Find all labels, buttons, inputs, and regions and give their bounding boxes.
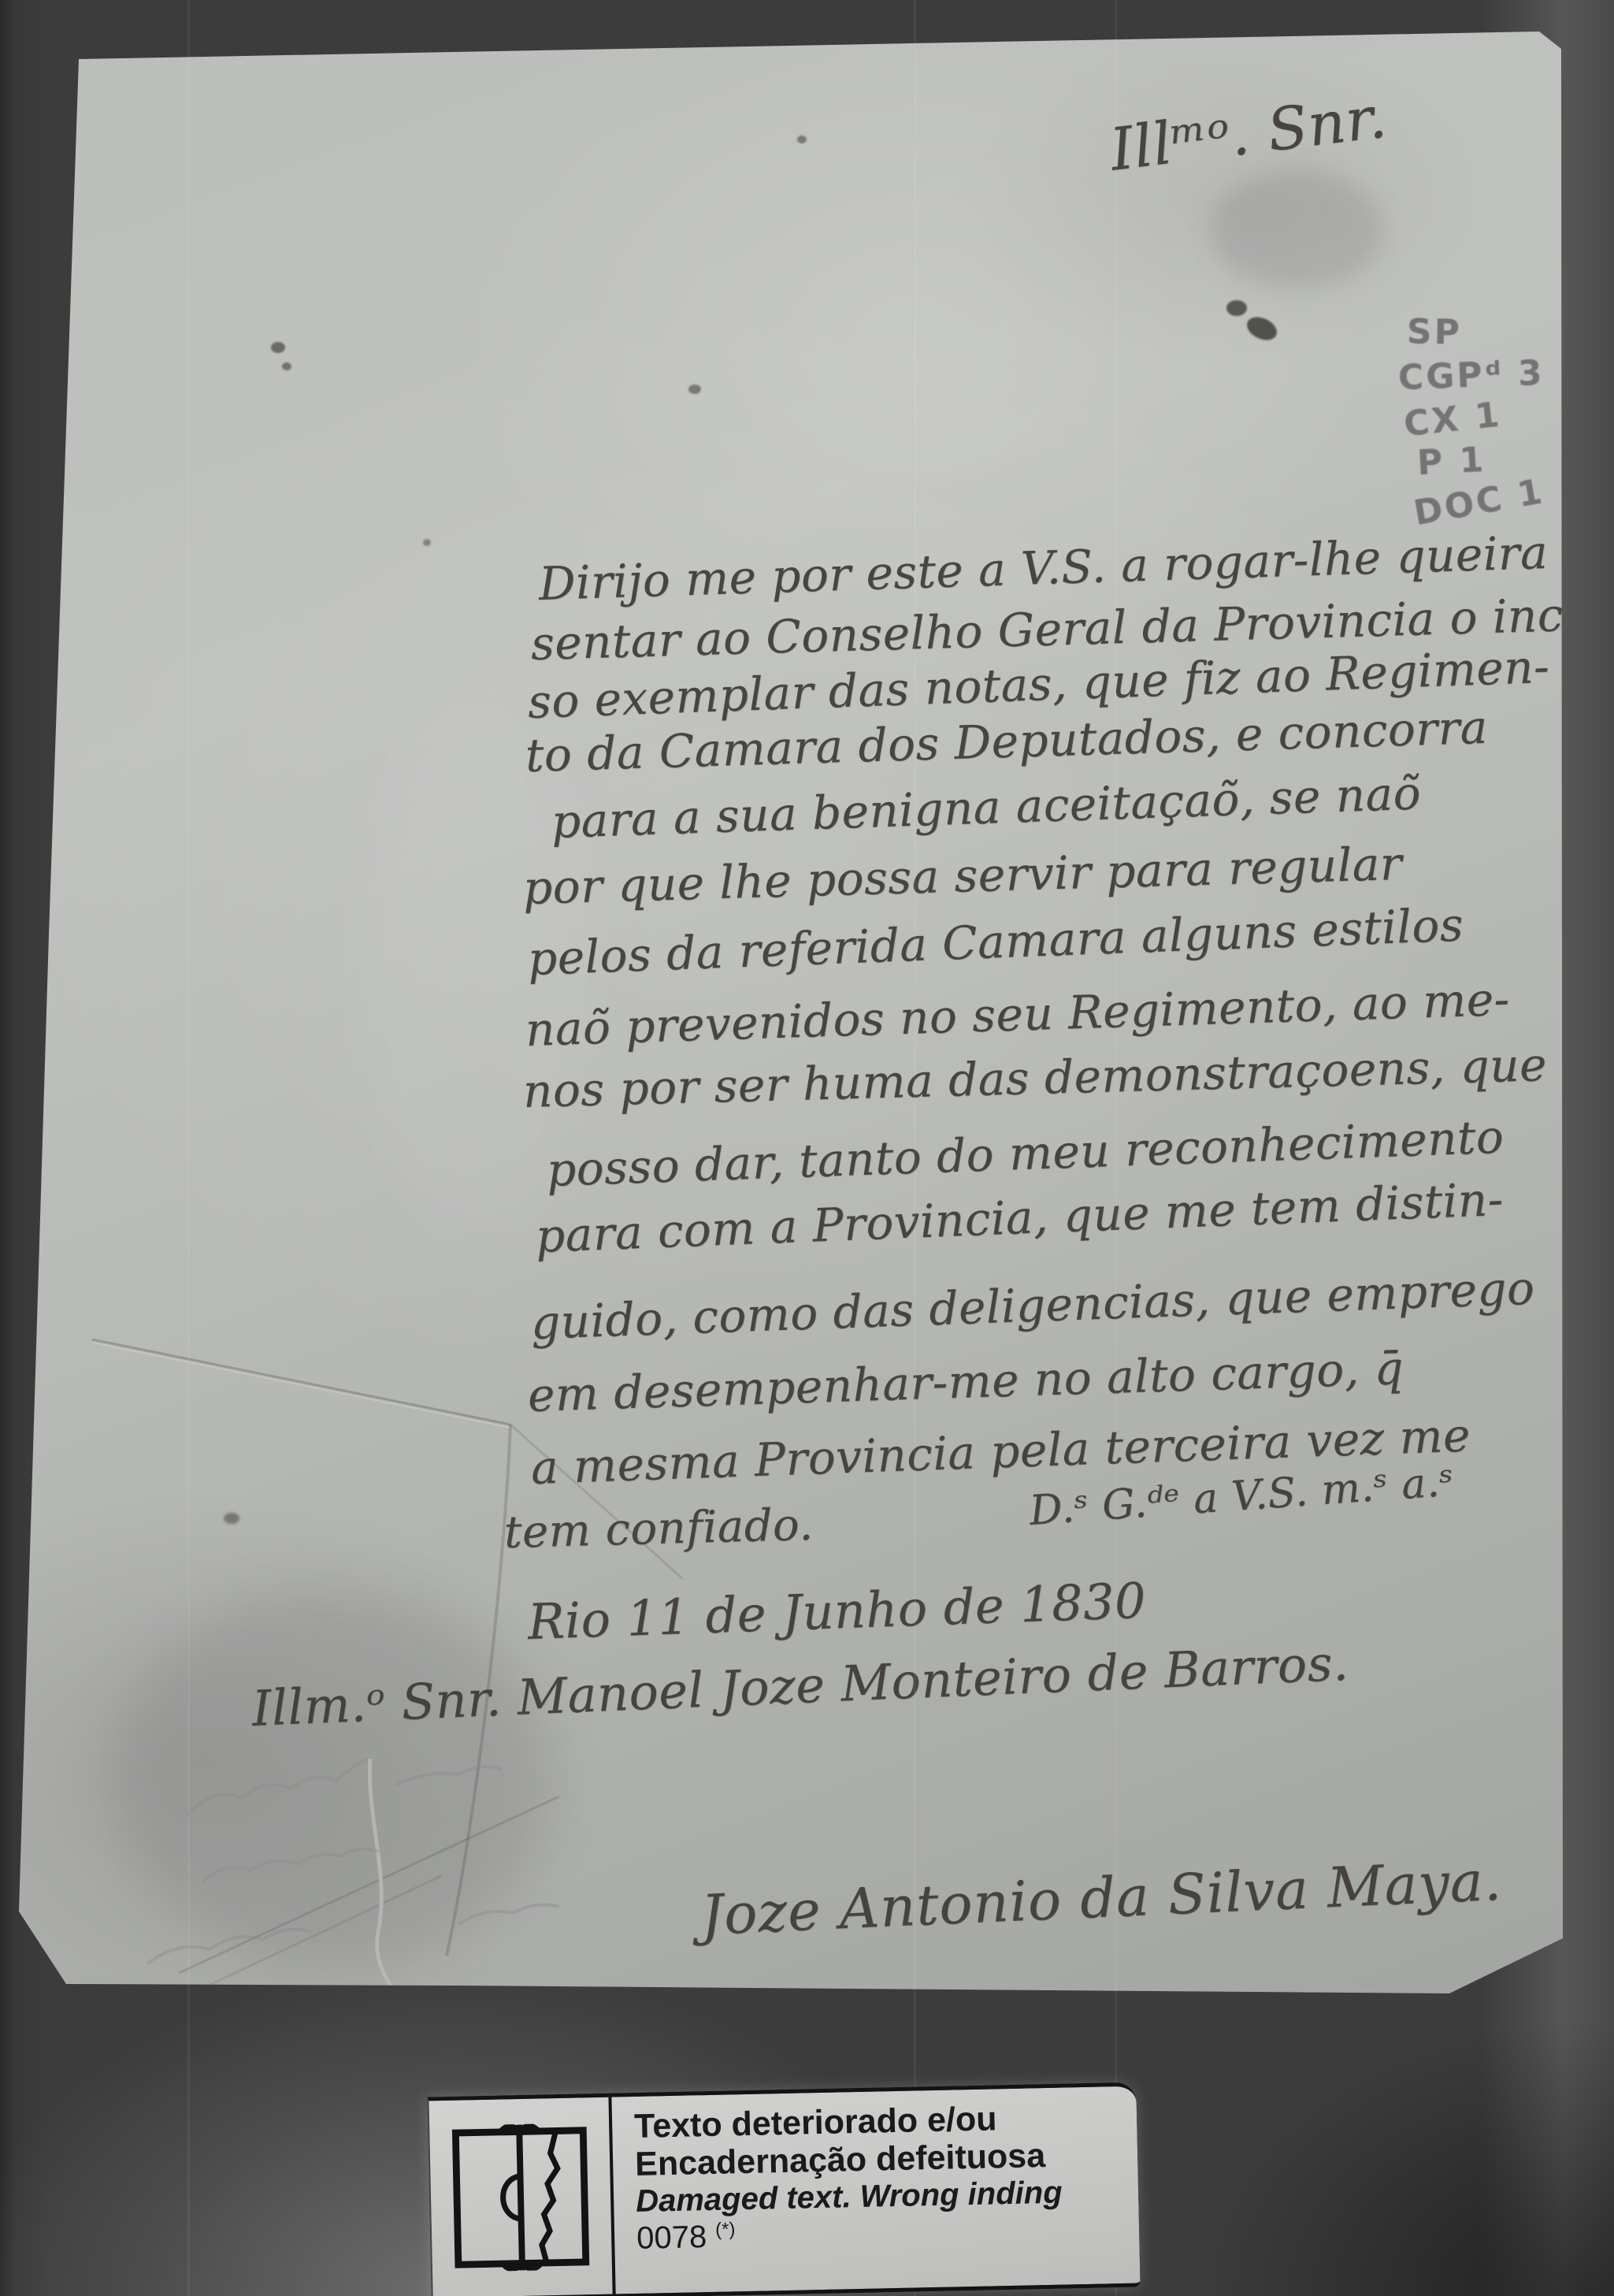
addressee-line: Illm.ᵒ Snr. Manoel Joze Monteiro de Barr… [251, 1639, 1350, 1733]
label-number-suffix: (*) [715, 2219, 736, 2241]
archive-damage-label: Texto deteriorado e/ou Encadernação defe… [427, 2082, 1140, 2296]
ink-blot [1243, 313, 1280, 344]
paper-speck [282, 362, 291, 370]
paper-speck [423, 539, 431, 546]
scan-scratch-line [1115, 0, 1117, 2296]
pencil-note-strokes [147, 1759, 559, 1963]
manuscript-line: nos por ser huma das demonstraçoens, que [522, 1042, 1547, 1114]
ink-blot [1226, 300, 1247, 316]
manuscript-line: pelos da referida Camara alguns estilos [527, 901, 1464, 982]
archival-reference-code: SP CGPᵈ 3 CX 1 P 1 DOC 1 [1396, 310, 1549, 525]
manuscript-line: guido, como das deligencias, que emprego [530, 1265, 1535, 1346]
manuscript-sheet: Illᵐᵒ. Snr. SP CGPᵈ 3 CX 1 P 1 DOC 1 Dir… [17, 28, 1563, 1998]
damage-label-text: Texto deteriorado e/ou Encadernação defe… [611, 2088, 1064, 2294]
paper-speck [688, 385, 701, 394]
paper-stain [112, 1588, 553, 1967]
manuscript-line: naõ prevenidos no seu Regimento, ao me- [525, 976, 1510, 1053]
paper-stain [1211, 170, 1384, 288]
manuscript-line: por que lhe possa servir para regular [522, 841, 1403, 911]
archival-code-line: SP [1406, 311, 1548, 356]
scan-scratch-line [187, 0, 190, 2296]
paper-speck [797, 136, 807, 143]
paper-speck [271, 342, 285, 353]
scan-scratch-line [914, 0, 916, 2296]
manuscript-line: tem confiado. [503, 1503, 814, 1555]
archival-scan-page: Illᵐᵒ. Snr. SP CGPᵈ 3 CX 1 P 1 DOC 1 Dir… [0, 0, 1614, 2296]
label-number: 0078 (*) [636, 2211, 1063, 2257]
manuscript-line: em desempenhar-me no alto cargo, q̄ [527, 1345, 1404, 1418]
damaged-book-icon [429, 2097, 615, 2296]
binding-thread [369, 1759, 399, 1998]
salutation: Illᵐᵒ. Snr. [1107, 87, 1390, 179]
dateline: Rio 11 de Junho de 1830 [527, 1577, 1147, 1647]
paper-speck [224, 1513, 239, 1524]
manuscript-line: para a sua benigna aceitaçaõ, se naõ [551, 770, 1422, 845]
signature: Joze Antonio da Silva Maya. [699, 1853, 1503, 1943]
